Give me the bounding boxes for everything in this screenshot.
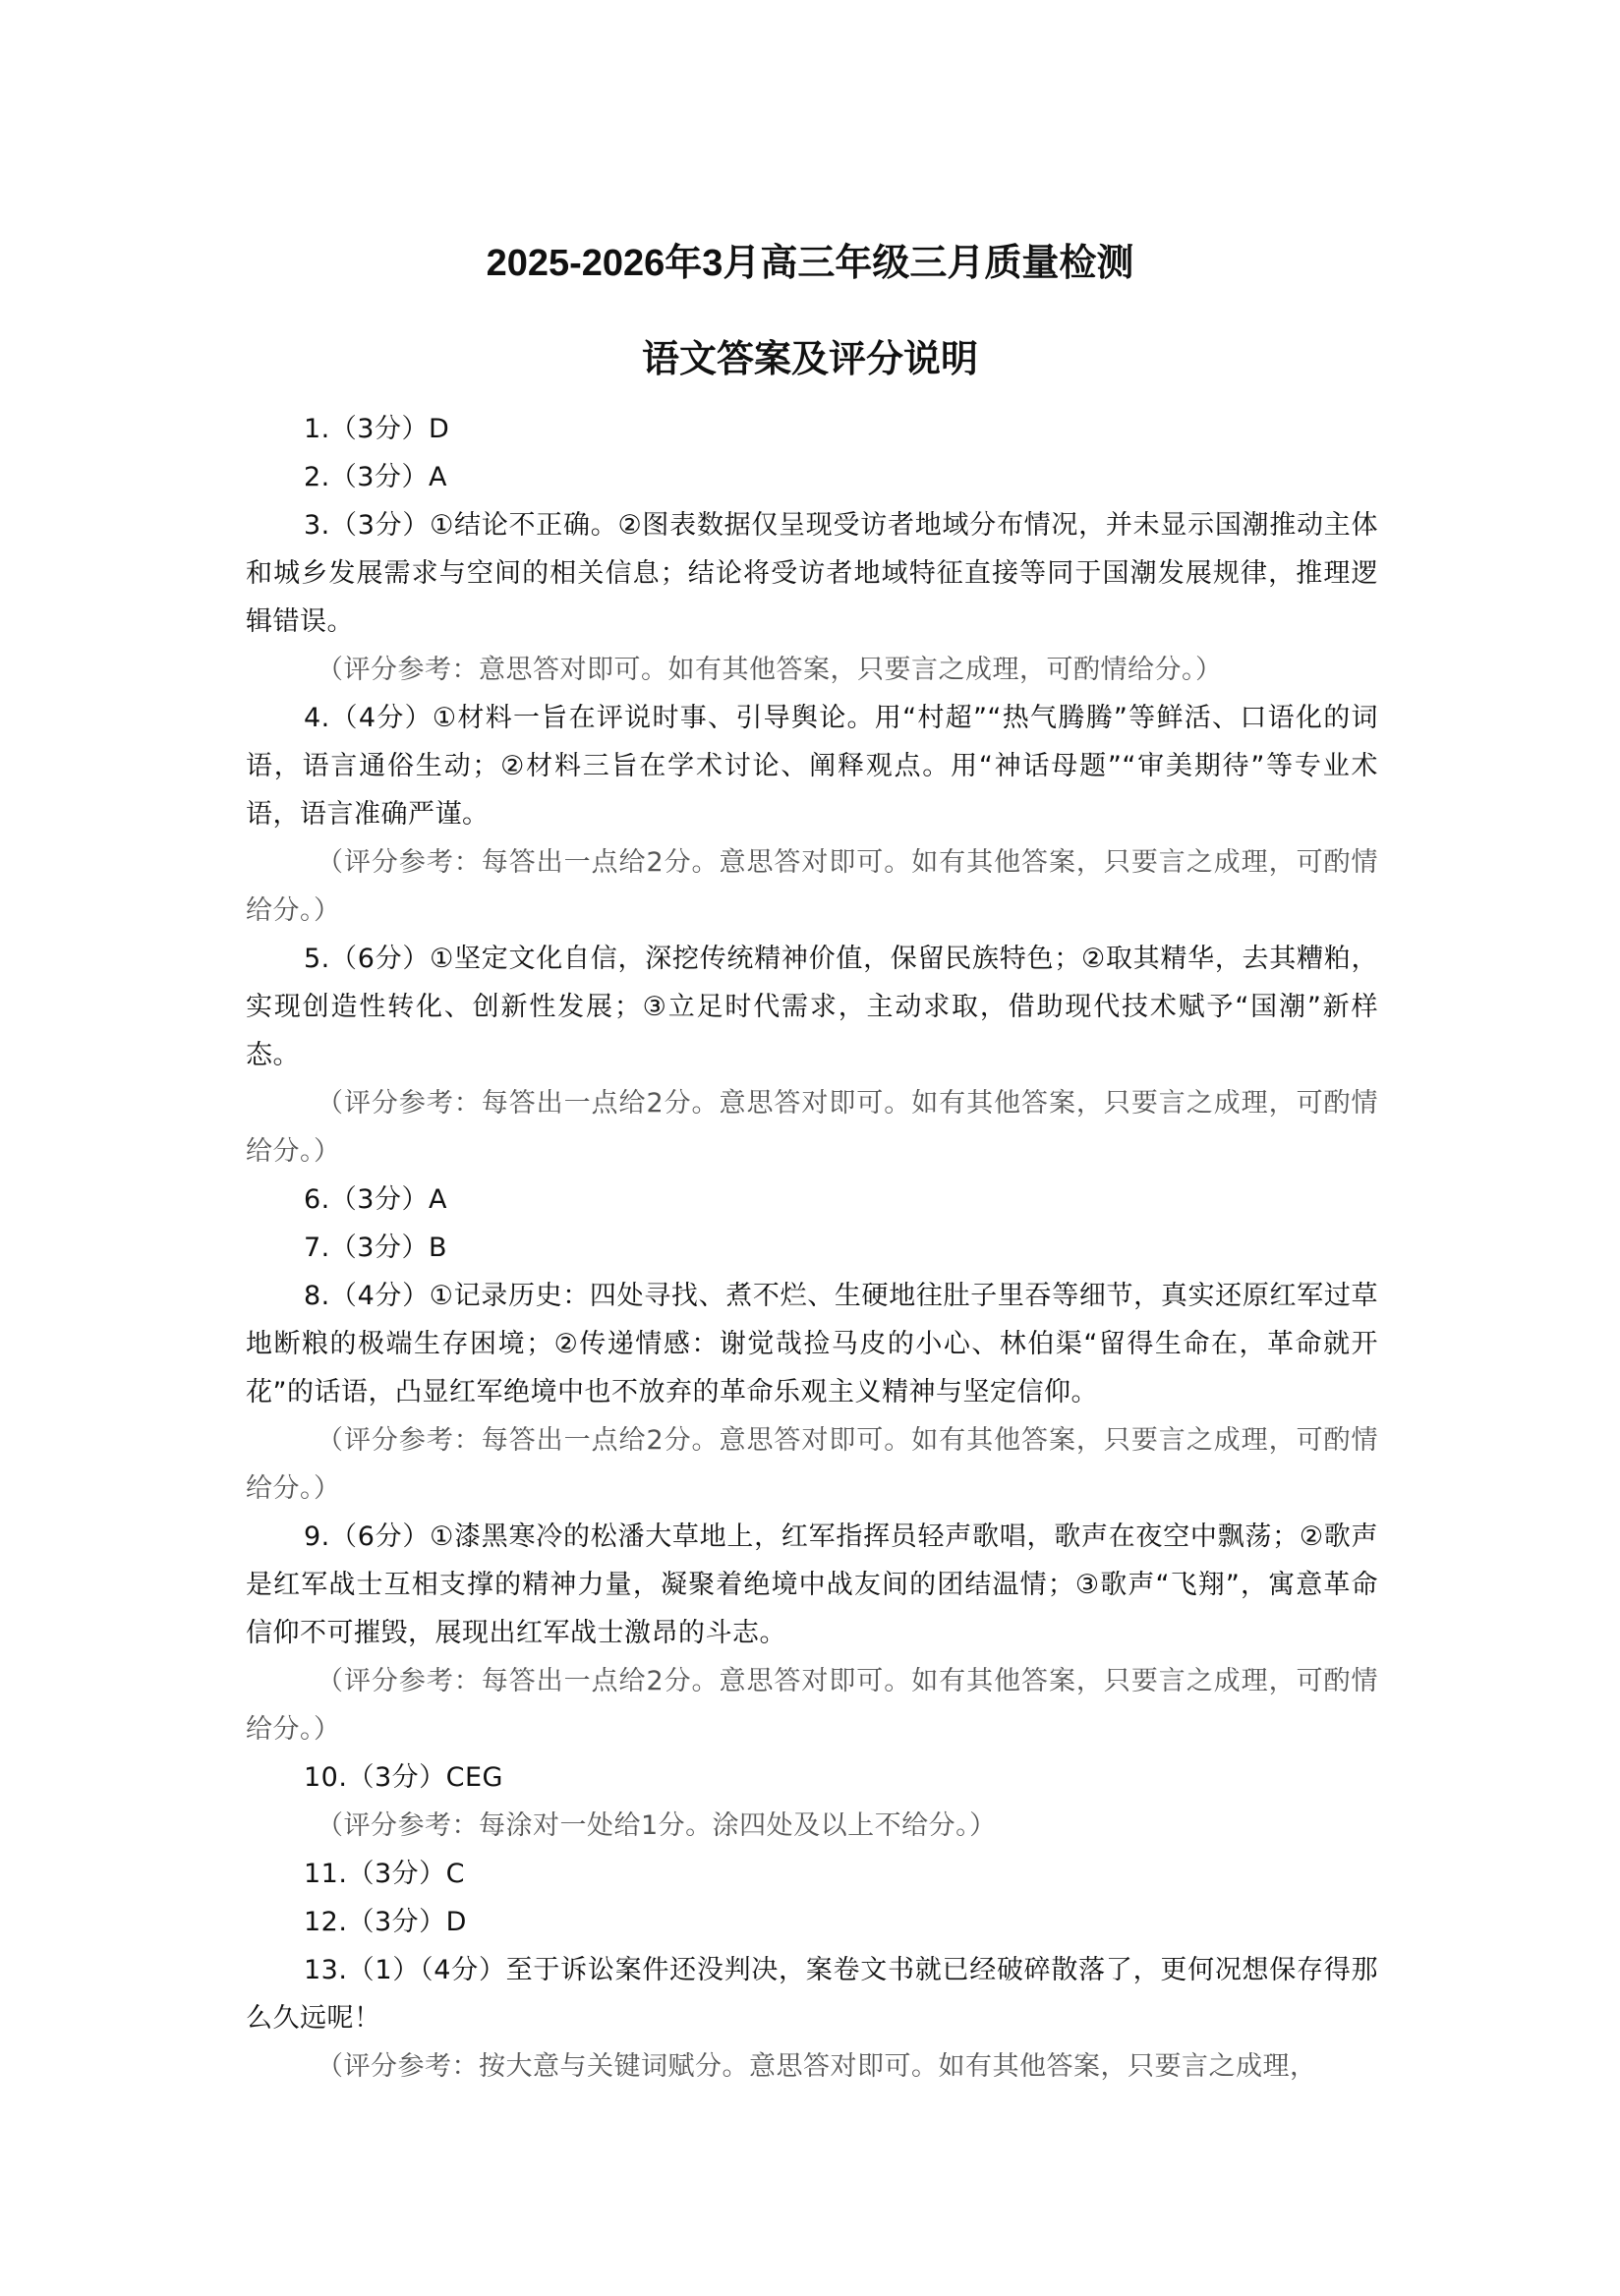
scoring-note-13-1: （评分参考：按大意与关键词赋分。意思答对即可。如有其他答案，只要言之成理， xyxy=(246,2042,1378,2091)
answer-1: 1.（3分）D xyxy=(246,405,1378,453)
document-page: 2025-2026年3月高三年级三月质量检测 语文答案及评分说明 1.（3分）D… xyxy=(0,0,1620,2296)
scoring-note-3: （评分参考：意思答对即可。如有其他答案，只要言之成理，可酌情给分。） xyxy=(246,646,1378,694)
document-title: 2025-2026年3月高三年级三月质量检测 xyxy=(0,232,1620,286)
answer-13-1: 13.（1）（4分）至于诉讼案件还没判决，案卷文书就已经破碎散落了，更何况想保存… xyxy=(246,1946,1378,2042)
scoring-note-8: （评分参考：每答出一点给2分。意思答对即可。如有其他答案，只要言之成理，可酌情给… xyxy=(246,1416,1378,1513)
answer-6: 6.（3分）A xyxy=(246,1176,1378,1224)
document-subtitle: 语文答案及评分说明 xyxy=(0,328,1620,382)
answer-10: 10.（3分）CEG xyxy=(246,1753,1378,1802)
answer-4: 4.（4分）①材料一旨在评说时事、引导舆论。用“村超”“热气腾腾”等鲜活、口语化… xyxy=(246,694,1378,838)
scoring-note-5: （评分参考：每答出一点给2分。意思答对即可。如有其他答案，只要言之成理，可酌情给… xyxy=(246,1079,1378,1176)
answer-12: 12.（3分）D xyxy=(246,1898,1378,1946)
answer-list: 1.（3分）D 2.（3分）A 3.（3分）①结论不正确。②图表数据仅呈现受访者… xyxy=(246,405,1378,2091)
scoring-note-4: （评分参考：每答出一点给2分。意思答对即可。如有其他答案，只要言之成理，可酌情给… xyxy=(246,838,1378,935)
answer-7: 7.（3分）B xyxy=(246,1224,1378,1272)
scoring-note-9: （评分参考：每答出一点给2分。意思答对即可。如有其他答案，只要言之成理，可酌情给… xyxy=(246,1657,1378,1753)
answer-2: 2.（3分）A xyxy=(246,453,1378,501)
answer-3: 3.（3分）①结论不正确。②图表数据仅呈现受访者地域分布情况，并未显示国潮推动主… xyxy=(246,501,1378,646)
answer-11: 11.（3分）C xyxy=(246,1850,1378,1898)
answer-5: 5.（6分）①坚定文化自信，深挖传统精神价值，保留民族特色；②取其精华，去其糟粕… xyxy=(246,935,1378,1079)
answer-9: 9.（6分）①漆黑寒冷的松潘大草地上，红军指挥员轻声歌唱，歌声在夜空中飘荡；②歌… xyxy=(246,1513,1378,1657)
scoring-note-10: （评分参考：每涂对一处给1分。涂四处及以上不给分。） xyxy=(246,1802,1378,1850)
answer-8: 8.（4分）①记录历史：四处寻找、煮不烂、生硬地往肚子里吞等细节，真实还原红军过… xyxy=(246,1272,1378,1416)
